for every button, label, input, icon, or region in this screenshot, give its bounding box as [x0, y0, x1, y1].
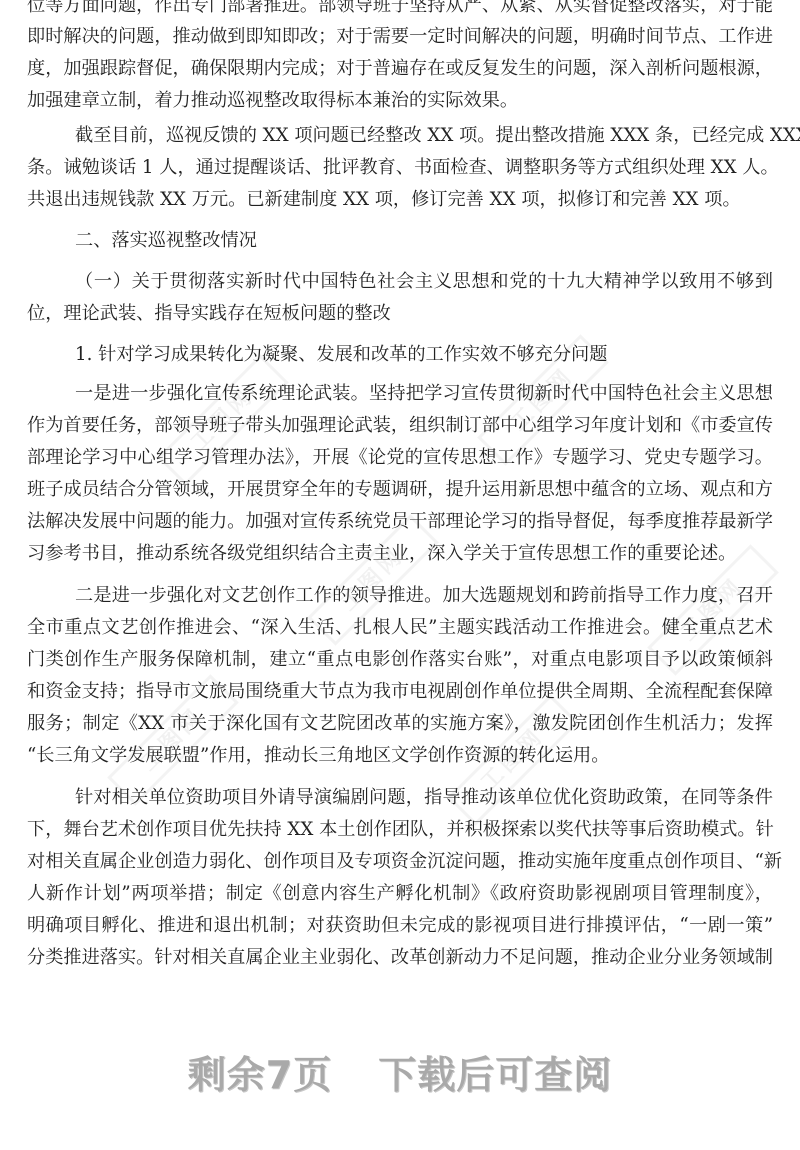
- document-text-line: 下，舞台艺术创作项目优先扶持 XX 本土创作团队，并积极探索以奖代扶等事后资助模…: [27, 818, 773, 842]
- document-text-line: 法解决发展中问题的能力。加强对宣传系统党员干部理论学习的指导督促，每季度推荐最新…: [27, 510, 773, 534]
- document-text-line: 和资金支持；指导市文旅局围绕重大节点为我市电视剧创作单位提供全周期、全流程配套保…: [27, 680, 773, 704]
- paywall-notice[interactable]: 剩余7页下载后可查阅: [0, 1045, 800, 1105]
- document-text-line: 分类推进落实。针对相关直属企业主业弱化、改革创新动力不足问题，推动企业分业务领域…: [27, 946, 773, 970]
- document-text-line: 度，加强跟踪督促，确保限期内完成；对于普遍存在或反复发生的问题，深入剖析问题根源…: [27, 57, 773, 81]
- document-text-line: （一）关于贯彻落实新时代中国特色社会主义思想和党的十九大精神学以致用不够到: [75, 270, 773, 294]
- document-text-line: 位等方面问题，作出专门部署推进。部领导班子坚持从严、从紧、从实督促整改落实，对于…: [27, 0, 773, 18]
- document-text-line: 条。诫勉谈话 1 人，通过提醒谈话、批评教育、书面检查、调整职务等方式组织处理 …: [27, 156, 773, 180]
- document-text-line: 针对相关单位资助项目外请导演编剧问题，指导推动该单位优化资助政策，在同等条件: [75, 786, 773, 810]
- document-text-line: 对相关直属企业创造力弱化、创作项目及专项资金沉淀问题，推动实施年度重点创作项目、…: [27, 850, 773, 874]
- document-text-line: 加强建章立制，着力推动巡视整改取得标本兼治的实际效果。: [27, 89, 773, 113]
- document-text-line: “长三角文学发展联盟”作用，推动长三角地区文学创作资源的转化运用。: [27, 744, 773, 768]
- document-text-line: 截至目前，巡视反馈的 XX 项问题已经整改 XX 项。提出整改措施 XXX 条，…: [75, 124, 773, 148]
- document-text-line: 作为首要任务，部领导班子带头加强理论武装，组织制订部中心组学习年度计划和《市委宣…: [27, 414, 773, 438]
- document-text-line: 部理论学习中心组学习管理办法》，开展《论党的宣传思想工作》专题学习、党史专题学习…: [27, 446, 773, 470]
- document-text-line: 即时解决的问题，推动做到即知即改；对于需要一定时间解决的问题，明确时间节点、工作…: [27, 25, 773, 49]
- document-text-line: 全市重点文艺创作推进会、“深入生活、扎根人民”主题实践活动工作推进会。健全重点艺…: [27, 616, 773, 640]
- document-text-line: 明确项目孵化、推进和退出机制；对获资助但未完成的影视项目进行排摸评估，“一剧一策…: [27, 914, 773, 938]
- document-text-line: 习参考书目，推动系统各级党组织结合主责主业，深入学关于宣传思想工作的重要论述。: [27, 542, 773, 566]
- document-text-line: 人新作计划”两项举措；制定《创意内容生产孵化机制》《政府资助影视剧项目管理制度》…: [27, 882, 773, 906]
- document-text-line: 二是进一步强化对文艺创作工作的领导推进。加大选题规划和跨前指导工作力度，召开: [75, 584, 773, 608]
- document-text-line: 共退出违规钱款 XX 万元。已新建制度 XX 项，修订完善 XX 项，拟修订和完…: [27, 188, 773, 212]
- remaining-pages-label: 剩余7页: [188, 1053, 332, 1097]
- download-to-view-label: 下载后可查阅: [378, 1053, 612, 1097]
- document-page: 工图网 工图网 工图网 工图网 工图网 工图网 位等方面问题，作出专门部署推进。…: [0, 0, 800, 1150]
- document-text-line: 1. 针对学习成果转化为凝聚、发展和改革的工作实效不够充分问题: [75, 343, 773, 367]
- document-text-line: 门类创作生产服务保障机制，建立“重点电影创作落实台账”，对重点电影项目予以政策倾…: [27, 648, 773, 672]
- document-text-line: 位，理论武装、指导实践存在短板问题的整改: [27, 302, 773, 326]
- document-text-line: 一是进一步强化宣传系统理论武装。坚持把学习宣传贯彻新时代中国特色社会主义思想: [75, 382, 773, 406]
- document-text-line: 班子成员结合分管领域，开展贯穿全年的专题调研，提升运用新思想中蕴含的立场、观点和…: [27, 478, 773, 502]
- document-text-line: 服务；制定《XX 市关于深化国有文艺院团改革的实施方案》，激发院团创作生机活力；…: [27, 712, 773, 736]
- document-text-line: 二、落实巡视整改情况: [75, 229, 773, 253]
